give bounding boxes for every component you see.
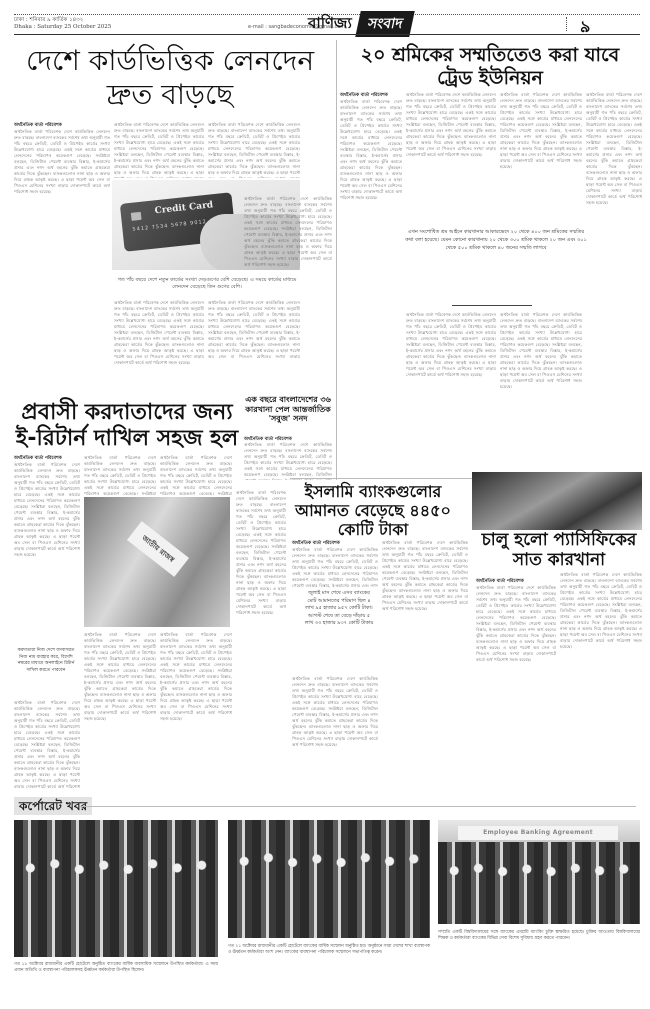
pull-quote-e-return: করদাতারা নিজ দেশে বসবাসরত নিজ নাম ব্যবহা… <box>14 648 78 674</box>
masthead-separator <box>566 17 567 31</box>
article-body-ereturn-col1: অর্থনৈতিক বার্তা পরিবেশক দেশে কার্ডভিত্ত… <box>14 462 80 642</box>
article-body-green-factory: অর্থনৈতিক বার্তা পরিবেশক দেশে কার্ডভিত্ত… <box>244 442 332 480</box>
photo-crowd <box>228 820 430 938</box>
article-body-trade-col6: অর্থনৈতিক বার্তা পরিবেশক দেশে কার্ডভিত্ত… <box>500 312 582 472</box>
article-body-card-col3: অর্থনৈতিক বার্তা পরিবেশক দেশে কার্ডভিত্ত… <box>208 122 300 178</box>
photo-crowd <box>438 842 640 924</box>
headline-pacific: চালু হলো প্যাসিফিকের সাত কারখানা <box>476 530 642 571</box>
newspaper-logo: বাণিজ্য সংবাদ <box>308 15 412 33</box>
article-body-card-col6: অর্থনৈতিক বার্তা পরিবেশক দেশে কার্ডভিত্ত… <box>244 196 332 386</box>
corporate-caption-2: গত ২১ অক্টোবর রাজধানীর একটি হোটেলে ব্যাং… <box>228 944 430 957</box>
card-label: Credit Card <box>154 200 213 216</box>
masthead-date: ঢাকা : শনিবার ৯ কার্তিক ১৪৩২ Dhaka : Sat… <box>14 17 111 31</box>
masthead-bottom-rule <box>14 34 640 35</box>
byline-trade-union: অর্থনৈতিক বার্তা পরিবেশক <box>340 92 388 99</box>
article-body-trade-col1: অর্থনৈতিক বার্তা পরিবেশক দেশে কার্ডভিত্ত… <box>340 99 402 479</box>
pull-quote-islami-bank: জুলাই মাস শেষে এসব ব্যাংকের মোট আমানতের … <box>304 590 374 628</box>
logo-part-banijya: বাণিজ্য <box>308 12 358 37</box>
corporate-caption-3: সম্প্রতি একটি বিশ্ববিদ্যালয়ের সঙ্গে ব্য… <box>438 930 640 943</box>
article-body-card-col1: অর্থনৈতিক বার্তা পরিবেশক দেশে কার্ডভিত্ত… <box>14 129 110 399</box>
pull-quote-rule <box>452 305 532 306</box>
article-body-islami-col3: অর্থনৈতিক বার্তা পরিবেশক দেশে কার্ডভিত্ত… <box>382 540 468 788</box>
article-body-ereturn-col2: অর্থনৈতিক বার্তা পরিবেশক দেশে কার্ডভিত্ত… <box>84 455 156 495</box>
card-chip-icon <box>131 212 142 221</box>
headline-trade-union: ২০ শ্রমিকের সম্মতিতেও করা যাবে ট্রেড ইউন… <box>340 44 640 90</box>
article-body-trade-col5: অর্থনৈতিক বার্তা পরিবেশক দেশে কার্ডভিত্ত… <box>406 312 496 472</box>
corporate-photo-2 <box>228 820 430 938</box>
article-body-pacific-col1: অর্থনৈতিক বার্তা পরিবেশক দেশে কার্ডভিত্ত… <box>476 585 556 788</box>
pull-quote-trade-union: এখন সংশোধিত শ্রম আইনে কারখানার আকারভেদে … <box>404 228 588 252</box>
factory-photo <box>472 472 642 530</box>
article-body-ereturn-col3: অর্থনৈতিক বার্তা পরিবেশক দেশে কার্ডভিত্ত… <box>160 455 232 495</box>
article-body-ereturn-col7: অর্থনৈতিক বার্তা পরিবেশক দেশে কার্ডভিত্ত… <box>236 490 286 788</box>
byline-pacific: অর্থনৈতিক বার্তা পরিবেশক <box>476 578 524 585</box>
article-body-card-col4: অর্থনৈতিক বার্তা পরিবেশক দেশে কার্ডভিত্ত… <box>114 300 204 394</box>
photo-crowd <box>14 820 218 957</box>
nbr-building-photo: জাতীয় রাজস্ব <box>84 497 230 627</box>
byline-islami-bank: অর্থনৈতিক বার্তা পরিবেশক <box>292 540 340 547</box>
byline-card: অর্থনৈতিক বার্তা পরিবেশক <box>14 122 62 129</box>
headline-e-return: প্রবাসী করদাতাদের জন্য ই-রিটার্ন দাখিল স… <box>14 400 240 453</box>
article-body-ereturn-col6: অর্থনৈতিক বার্তা পরিবেশক দেশে কার্ডভিত্ত… <box>160 632 232 788</box>
corporate-header-rule <box>80 806 636 807</box>
agreement-banner: Employee Banking Agreement <box>458 826 618 840</box>
article-body-trade-col3: অর্থনৈতিক বার্তা পরিবেশক দেশে কার্ডভিত্ত… <box>500 92 582 222</box>
article-body-ereturn-col5: অর্থনৈতিক বার্তা পরিবেশক দেশে কার্ডভিত্ত… <box>84 632 156 788</box>
article-body-islami-col1: অর্থনৈতিক বার্তা পরিবেশক দেশে কার্ডভিত্ত… <box>292 547 378 589</box>
corporate-photo-1 <box>14 820 218 957</box>
article-body-islami-col2: অর্থনৈতিক বার্তা পরিবেশক দেশে কার্ডভিত্ত… <box>292 676 378 788</box>
article-body-trade-col2: অর্থনৈতিক বার্তা পরিবেশক দেশে কার্ডভিত্ত… <box>406 92 496 222</box>
headline-green-factory: এক বছরে বাংলাদেশের ৩৬ কারখানা পেল আন্তর্… <box>244 395 332 424</box>
article-body-card-col2: অর্থনৈতিক বার্তা পরিবেশক দেশে কার্ডভিত্ত… <box>114 122 204 178</box>
corporate-photo-3: Employee Banking Agreement <box>438 820 640 924</box>
article-body-pacific-col2: অর্থনৈতিক বার্তা পরিবেশক দেশে কার্ডভিত্ত… <box>560 572 642 788</box>
article-body-trade-col4: অর্থনৈতিক বার্তা পরিবেশক দেশে কার্ডভিত্ত… <box>586 92 642 472</box>
date-bangla: ঢাকা : শনিবার ৯ কার্তিক ১৪৩২ <box>14 17 111 24</box>
headline-islami-bank: ইসলামি ব্যাংকগুলোর আমানত বেড়েছে ৪৪৫০ কো… <box>288 482 458 540</box>
date-english: Dhaka : Saturday 25 October 2025 <box>14 24 111 31</box>
byline-e-return: অর্থনৈতিক বার্তা পরিবেশক <box>14 455 62 462</box>
building-sign: জাতীয় রাজস্ব <box>127 521 189 577</box>
headline-card-transactions: দেশে কার্ডভিত্তিক লেনদেন দ্রুত বাড়ছে <box>14 44 326 111</box>
article-body-ereturn-col4: অর্থনৈতিক বার্তা পরিবেশক দেশে কার্ডভিত্ত… <box>14 700 80 788</box>
page-number: ৯ <box>580 14 590 41</box>
corporate-caption-1: গত ১৮ অক্টোবর রাজধানীর একটি হোটেলে অনুষ্… <box>14 962 218 975</box>
column-divider <box>336 40 337 480</box>
card-number: 5412 7534 5678 9012 <box>132 219 207 233</box>
